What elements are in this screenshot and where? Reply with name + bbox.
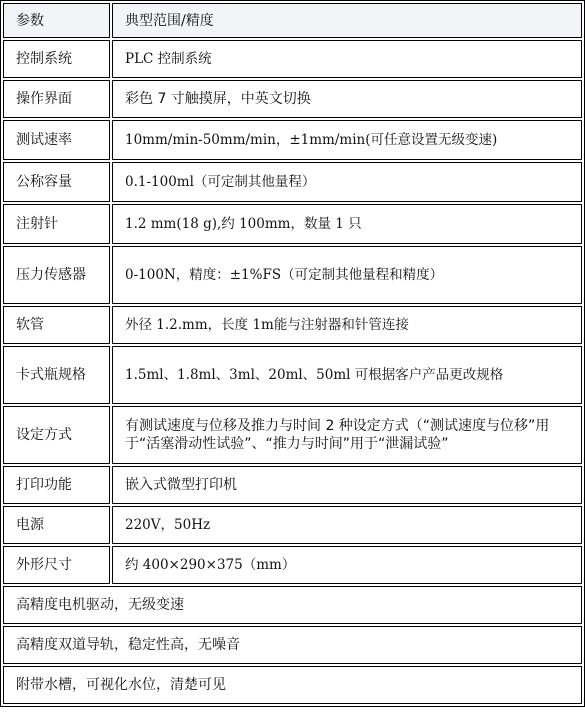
- param-cell: 控制系统: [3, 40, 110, 78]
- param-cell: 设定方式: [3, 406, 110, 464]
- param-cell: 测试速率: [3, 120, 110, 160]
- table-row: 注射针 1.2 mm(18 g),约 100mm，数量 1 只: [3, 204, 582, 244]
- feature-cell: 高精度双道导轨，稳定性高，无噪音: [3, 626, 582, 664]
- table-row: 电源 220V，50Hz: [3, 506, 582, 544]
- header-value: 典型范围/精度: [112, 3, 582, 38]
- feature-row: 高精度双道导轨，稳定性高，无噪音: [3, 626, 582, 664]
- param-cell: 卡式瓶规格: [3, 346, 110, 404]
- table-row: 卡式瓶规格 1.5ml、1.8ml、3ml、20ml、50ml 可根据客户产品更…: [3, 346, 582, 404]
- value-cell: 0-100N，精度：±1%FS（可定制其他量程和精度）: [112, 246, 582, 304]
- table-row: 打印功能 嵌入式微型打印机: [3, 466, 582, 504]
- value-cell: 1.5ml、1.8ml、3ml、20ml、50ml 可根据客户产品更改规格: [112, 346, 582, 404]
- param-cell: 注射针: [3, 204, 110, 244]
- table-row: 压力传感器 0-100N，精度：±1%FS（可定制其他量程和精度）: [3, 246, 582, 304]
- feature-row: 附带水槽，可视化水位，清楚可见: [3, 666, 582, 704]
- value-cell: 约 400×290×375（mm）: [112, 546, 582, 584]
- table-row: 外形尺寸 约 400×290×375（mm）: [3, 546, 582, 584]
- table-row: 设定方式 有测试速度与位移及推力与时间 2 种设定方式（“测试速度与位移”用于“…: [3, 406, 582, 464]
- param-cell: 软管: [3, 306, 110, 344]
- param-cell: 打印功能: [3, 466, 110, 504]
- value-cell: 220V，50Hz: [112, 506, 582, 544]
- table-row: 公称容量 0.1-100ml（可定制其他量程）: [3, 162, 582, 202]
- value-cell: 有测试速度与位移及推力与时间 2 种设定方式（“测试速度与位移”用于“活塞滑动性…: [112, 406, 582, 464]
- param-cell: 电源: [3, 506, 110, 544]
- value-cell: 1.2 mm(18 g),约 100mm，数量 1 只: [112, 204, 582, 244]
- header-param: 参数: [3, 3, 110, 38]
- feature-cell: 附带水槽，可视化水位，清楚可见: [3, 666, 582, 704]
- value-cell: PLC 控制系统: [112, 40, 582, 78]
- table-row: 控制系统 PLC 控制系统: [3, 40, 582, 78]
- feature-cell: 高精度电机驱动，无级变速: [3, 586, 582, 624]
- table-row: 软管 外径 1.2.mm，长度 1m能与注射器和针管连接: [3, 306, 582, 344]
- value-cell: 10mm/min-50mm/min，±1mm/min(可任意设置无级变速): [112, 120, 582, 160]
- param-cell: 操作界面: [3, 80, 110, 118]
- param-cell: 压力传感器: [3, 246, 110, 304]
- value-cell: 外径 1.2.mm，长度 1m能与注射器和针管连接: [112, 306, 582, 344]
- spec-table: 参数 典型范围/精度 控制系统 PLC 控制系统 操作界面 彩色 7 寸触摸屏，…: [0, 0, 585, 707]
- param-cell: 外形尺寸: [3, 546, 110, 584]
- value-cell: 嵌入式微型打印机: [112, 466, 582, 504]
- value-cell: 彩色 7 寸触摸屏，中英文切换: [112, 80, 582, 118]
- table-row: 操作界面 彩色 7 寸触摸屏，中英文切换: [3, 80, 582, 118]
- value-cell: 0.1-100ml（可定制其他量程）: [112, 162, 582, 202]
- feature-row: 高精度电机驱动，无级变速: [3, 586, 582, 624]
- param-cell: 公称容量: [3, 162, 110, 202]
- table-row: 测试速率 10mm/min-50mm/min，±1mm/min(可任意设置无级变…: [3, 120, 582, 160]
- header-row: 参数 典型范围/精度: [3, 3, 582, 38]
